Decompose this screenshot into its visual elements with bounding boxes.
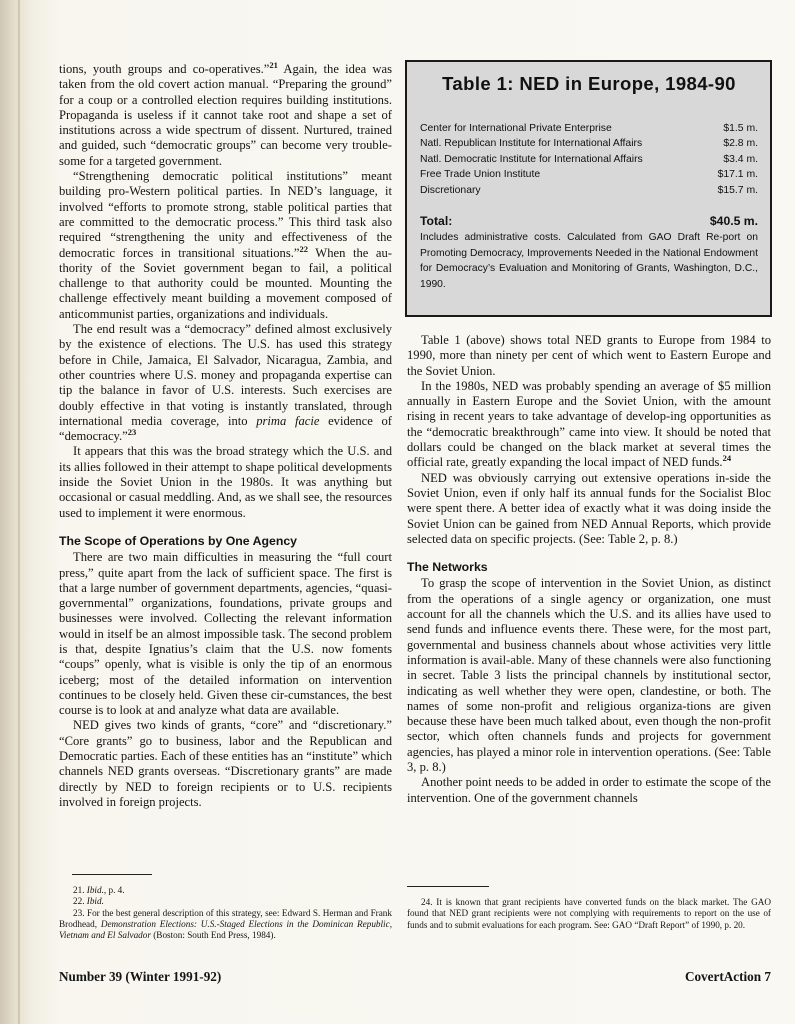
binding-gutter	[18, 0, 20, 1024]
table-row: Discretionary $15.7 m.	[420, 183, 758, 198]
paragraph: Another point needs to be added in order…	[407, 775, 771, 806]
row-amount: $1.5 m.	[723, 121, 758, 136]
footnote-ref: 24	[723, 453, 732, 463]
footnote-rule-left	[72, 874, 152, 875]
row-amount: $2.8 m.	[723, 136, 758, 151]
italic-text: Demonstration Elections: U.S.-Staged Ele…	[59, 919, 392, 940]
table-row: Natl. Democratic Institute for Internati…	[420, 152, 758, 167]
magazine-page: tions, youth groups and co-operatives.”2…	[0, 0, 795, 1024]
paragraph: 23. For the best general description of …	[59, 908, 392, 942]
footnote-ref: 22	[299, 244, 308, 254]
footnotes-left: 21. Ibid., p. 4.22. Ibid.23. For the bes…	[59, 885, 392, 941]
table-1-box: Table 1: NED in Europe, 1984-90 Center f…	[405, 60, 772, 317]
table-total-row: Total: $40.5 m.	[420, 214, 758, 229]
section-heading-scope: The Scope of Operations by One Agency	[59, 534, 392, 549]
footnote-rule-right	[407, 886, 489, 887]
row-amount: $15.7 m.	[718, 183, 758, 198]
row-label: Natl. Democratic Institute for Internati…	[420, 152, 643, 167]
paragraph: Table 1 (above) shows total NED grants t…	[407, 333, 771, 379]
italic-text: Ibid.	[87, 885, 104, 895]
paragraph: NED was obviously carrying out extensive…	[407, 471, 771, 547]
table-row: Free Trade Union Institute $17.1 m.	[420, 167, 758, 182]
paragraph: It appears that this was the broad strat…	[59, 444, 392, 520]
issue-folio: Number 39 (Winter 1991-92)	[59, 969, 221, 985]
paragraph: tions, youth groups and co-operatives.”2…	[59, 62, 392, 169]
left-body-after-heading: There are two main difficulties in measu…	[59, 550, 392, 810]
total-label: Total:	[420, 214, 452, 229]
table-row: Natl. Republican Institute for Internati…	[420, 136, 758, 151]
italic-text: prima facie	[256, 414, 319, 428]
paragraph: There are two main difficulties in measu…	[59, 550, 392, 718]
left-column: tions, youth groups and co-operatives.”2…	[59, 62, 392, 810]
paragraph: NED gives two kinds of grants, “core” an…	[59, 718, 392, 810]
table-source-note: Includes administrative costs. Calculate…	[420, 230, 758, 292]
footnotes-right: 24. It is known that grant recipients ha…	[407, 897, 771, 931]
paragraph: “Strengthening democratic political inst…	[59, 169, 392, 322]
row-label: Natl. Republican Institute for Internati…	[420, 136, 642, 151]
paragraph: 24. It is known that grant recipients ha…	[407, 897, 771, 931]
row-amount: $3.4 m.	[723, 152, 758, 167]
table-title: Table 1: NED in Europe, 1984-90	[420, 73, 758, 95]
table-row: Center for International Private Enterpr…	[420, 121, 758, 136]
paragraph: The end result was a “democracy” defined…	[59, 322, 392, 444]
italic-text: Ibid.	[87, 896, 104, 906]
row-amount: $17.1 m.	[718, 167, 758, 182]
row-label: Center for International Private Enterpr…	[420, 121, 612, 136]
section-heading-networks: The Networks	[407, 560, 771, 575]
footnote-ref: 21	[269, 60, 278, 70]
paragraph: 22. Ibid.	[59, 896, 392, 907]
right-column: Table 1 (above) shows total NED grants t…	[407, 333, 771, 806]
right-body-before-heading: Table 1 (above) shows total NED grants t…	[407, 333, 771, 547]
footnote-ref: 23	[128, 427, 137, 437]
left-body-before-heading: tions, youth groups and co-operatives.”2…	[59, 62, 392, 521]
total-amount: $40.5 m.	[710, 214, 758, 229]
paragraph: To grasp the scope of intervention in th…	[407, 576, 771, 775]
right-body-after-heading: To grasp the scope of intervention in th…	[407, 576, 771, 805]
row-label: Free Trade Union Institute	[420, 167, 540, 182]
paragraph: 21. Ibid., p. 4.	[59, 885, 392, 896]
row-label: Discretionary	[420, 183, 481, 198]
page-number-folio: CovertAction 7	[685, 969, 771, 985]
table-rows: Center for International Private Enterpr…	[420, 121, 758, 198]
paragraph: In the 1980s, NED was probably spending …	[407, 379, 771, 471]
